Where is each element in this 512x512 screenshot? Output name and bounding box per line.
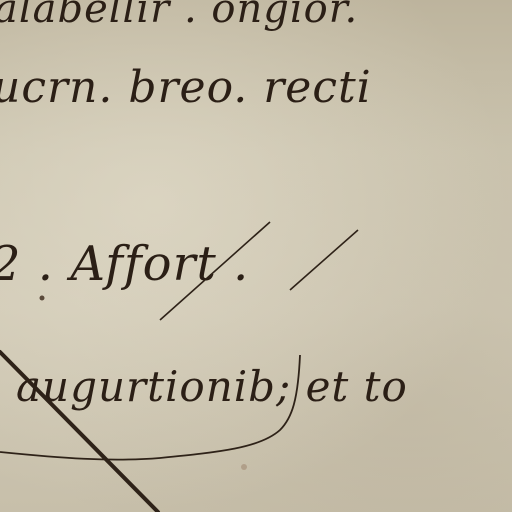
underline-flourish — [0, 355, 300, 460]
manuscript-page: alabellir . ongior. ucrn. breo. recti 2 … — [0, 0, 512, 512]
paper-stain — [241, 464, 247, 470]
ascender-stroke — [160, 222, 270, 320]
pen-strokes — [0, 0, 512, 512]
diagonal-strike-line — [0, 352, 158, 512]
t-cross-stroke — [290, 230, 358, 290]
ink-spot — [40, 296, 45, 301]
